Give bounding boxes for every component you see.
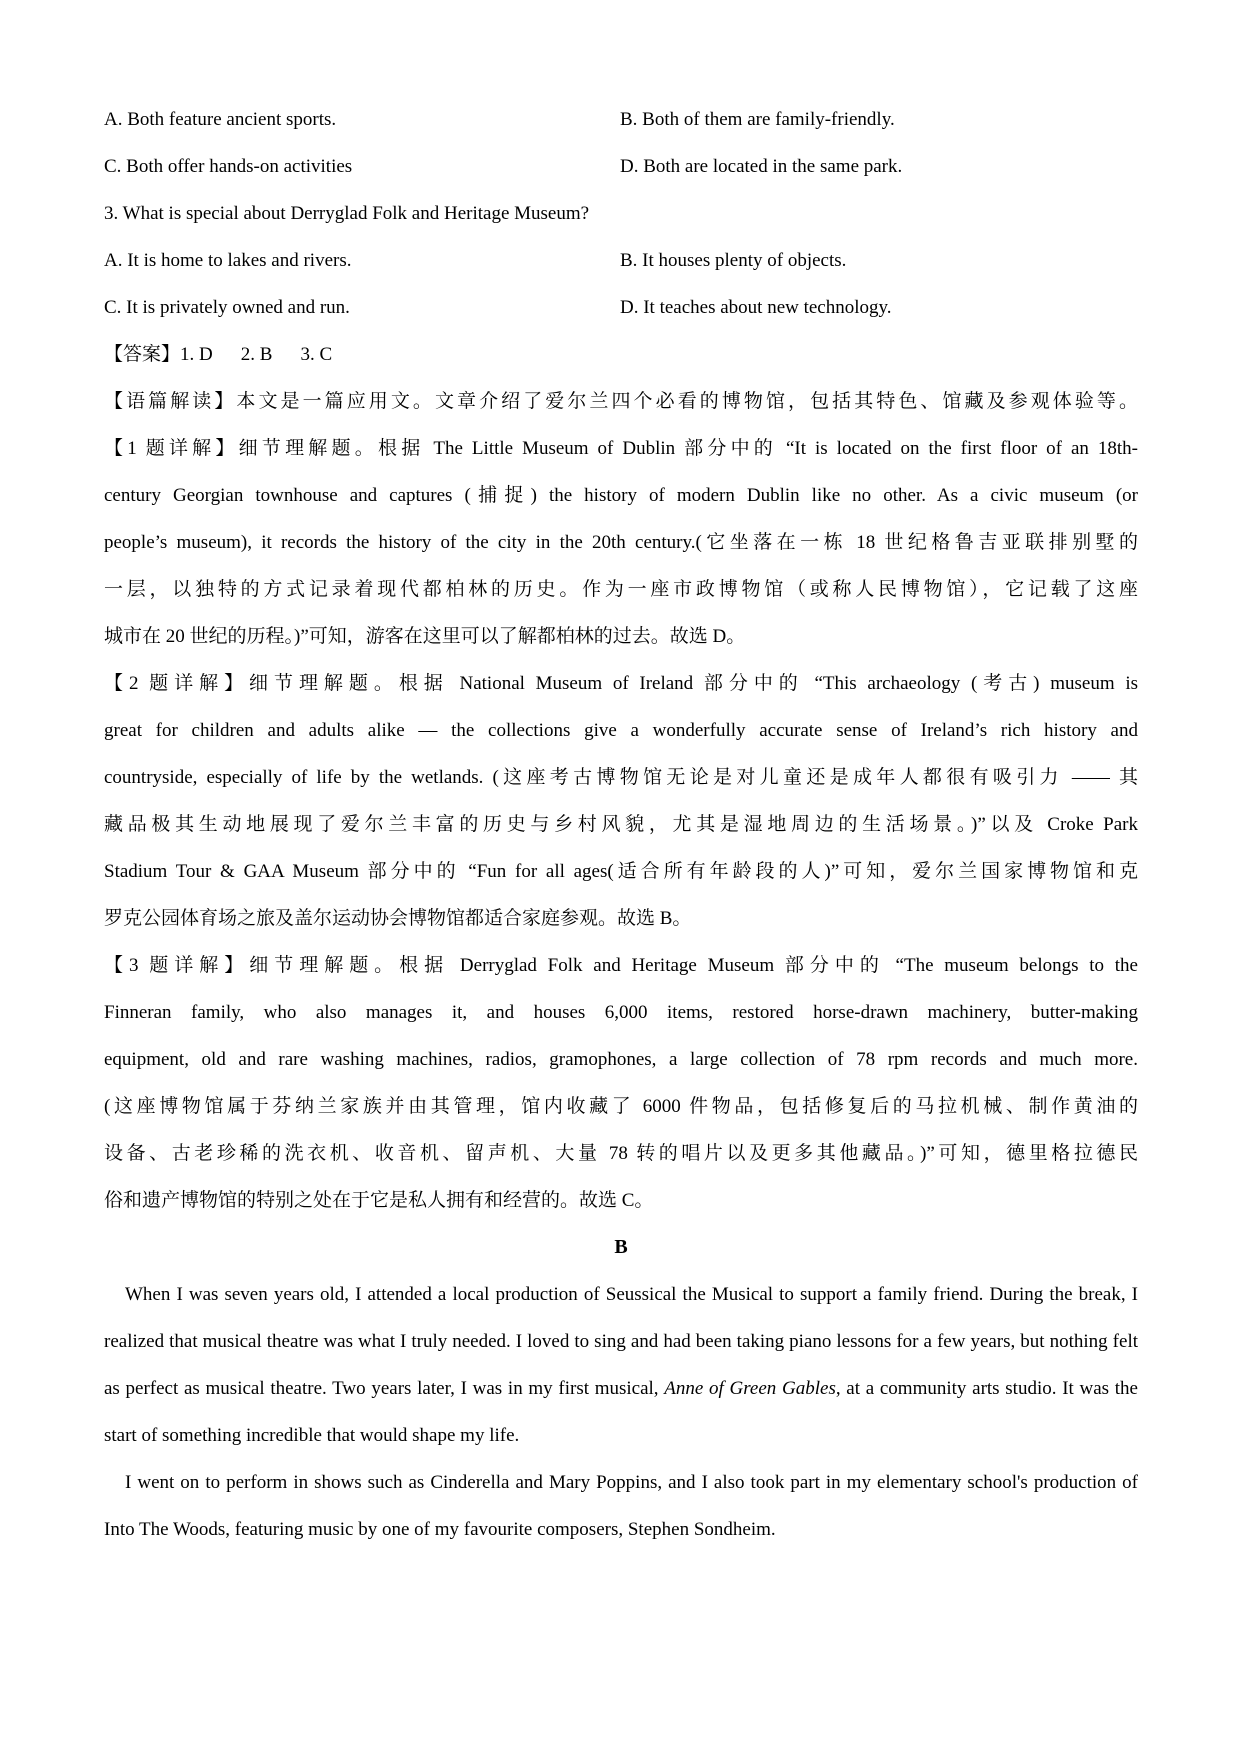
q3-option-d: D. It teaches about new technology. bbox=[620, 284, 1138, 331]
answer-item-2: 2. B bbox=[241, 344, 273, 365]
text-line: 藏品极其生动地展现了爱尔兰丰富的历史与乡村风貌，尤其是湿地周边的生活场景。)”以… bbox=[104, 801, 1138, 848]
detail-explanation-1: 【1 题详解】细节理解题。根据 The Little Museum of Dub… bbox=[104, 425, 1138, 660]
section-b-paragraph-2: I went on to perform in shows such as Ci… bbox=[104, 1459, 1138, 1553]
text-line: 【2 题详解】细节理解题。根据 National Museum of Irela… bbox=[104, 660, 1138, 707]
answer-item-1: 1. D bbox=[180, 344, 213, 365]
document-page: A. Both feature ancient sports. B. Both … bbox=[0, 0, 1240, 1553]
text-line: 设备、古老珍稀的洗衣机、收音机、留声机、大量 78 转的唱片以及更多其他藏品。)… bbox=[104, 1130, 1138, 1177]
q3-options-row-1: A. It is home to lakes and rivers. B. It… bbox=[104, 237, 1138, 284]
text-line: equipment, old and rare washing machines… bbox=[104, 1036, 1138, 1083]
text-line: 【3 题详解】细节理解题。根据 Derryglad Folk and Herit… bbox=[104, 942, 1138, 989]
text-line: 【1 题详解】细节理解题。根据 The Little Museum of Dub… bbox=[104, 425, 1138, 472]
text-line: people’s museum), it records the history… bbox=[104, 519, 1138, 566]
q3-options-row-2: C. It is privately owned and run. D. It … bbox=[104, 284, 1138, 331]
answer-key: 【答案】1. D2. B3. C bbox=[104, 331, 1138, 378]
text-line: (这座博物馆属于芬纳兰家族并由其管理，馆内收藏了 6000 件物品，包括修复后的… bbox=[104, 1083, 1138, 1130]
detail-explanation-2: 【2 题详解】细节理解题。根据 National Museum of Irela… bbox=[104, 660, 1138, 942]
q2-option-c: C. Both offer hands-on activities bbox=[104, 143, 620, 190]
text-line: 城市在 20 世纪的历程。)”可知，游客在这里可以了解都柏林的过去。故选 D。 bbox=[104, 613, 1138, 660]
q2-option-b: B. Both of them are family-friendly. bbox=[620, 96, 1138, 143]
q3-option-b: B. It houses plenty of objects. bbox=[620, 237, 1138, 284]
text-line: Stadium Tour & GAA Museum 部分中的 “Fun for … bbox=[104, 848, 1138, 895]
answer-key-label: 【答案】 bbox=[104, 344, 180, 365]
q2-options-row-2: C. Both offer hands-on activities D. Bot… bbox=[104, 143, 1138, 190]
q2-options-row-1: A. Both feature ancient sports. B. Both … bbox=[104, 96, 1138, 143]
text-line: 俗和遗产博物馆的特别之处在于它是私人拥有和经营的。故选 C。 bbox=[104, 1177, 1138, 1224]
q3-stem: 3. What is special about Derryglad Folk … bbox=[104, 190, 1138, 237]
text-line: 罗克公园体育场之旅及盖尔运动协会博物馆都适合家庭参观。故选 B。 bbox=[104, 895, 1138, 942]
section-b-header: B bbox=[104, 1224, 1138, 1271]
book-title-italic: Anne of Green Gables bbox=[664, 1378, 836, 1399]
answer-item-3: 3. C bbox=[300, 344, 332, 365]
text-line: 一层，以独特的方式记录着现代都柏林的历史。作为一座市政博物馆（或称人民博物馆），… bbox=[104, 566, 1138, 613]
q2-option-d: D. Both are located in the same park. bbox=[620, 143, 1138, 190]
detail-explanation-3: 【3 题详解】细节理解题。根据 Derryglad Folk and Herit… bbox=[104, 942, 1138, 1224]
text-line: countryside, especially of life by the w… bbox=[104, 754, 1138, 801]
text-line: great for children and adults alike — th… bbox=[104, 707, 1138, 754]
q3-option-c: C. It is privately owned and run. bbox=[104, 284, 620, 331]
q3-option-a: A. It is home to lakes and rivers. bbox=[104, 237, 620, 284]
text-line: century Georgian townhouse and captures … bbox=[104, 472, 1138, 519]
section-b-paragraph-1: When I was seven years old, I attended a… bbox=[104, 1271, 1138, 1459]
q2-option-a: A. Both feature ancient sports. bbox=[104, 96, 620, 143]
passage-analysis: 【语篇解读】本文是一篇应用文。文章介绍了爱尔兰四个必看的博物馆，包括其特色、馆藏… bbox=[104, 378, 1138, 425]
text-line: Finneran family, who also manages it, an… bbox=[104, 989, 1138, 1036]
